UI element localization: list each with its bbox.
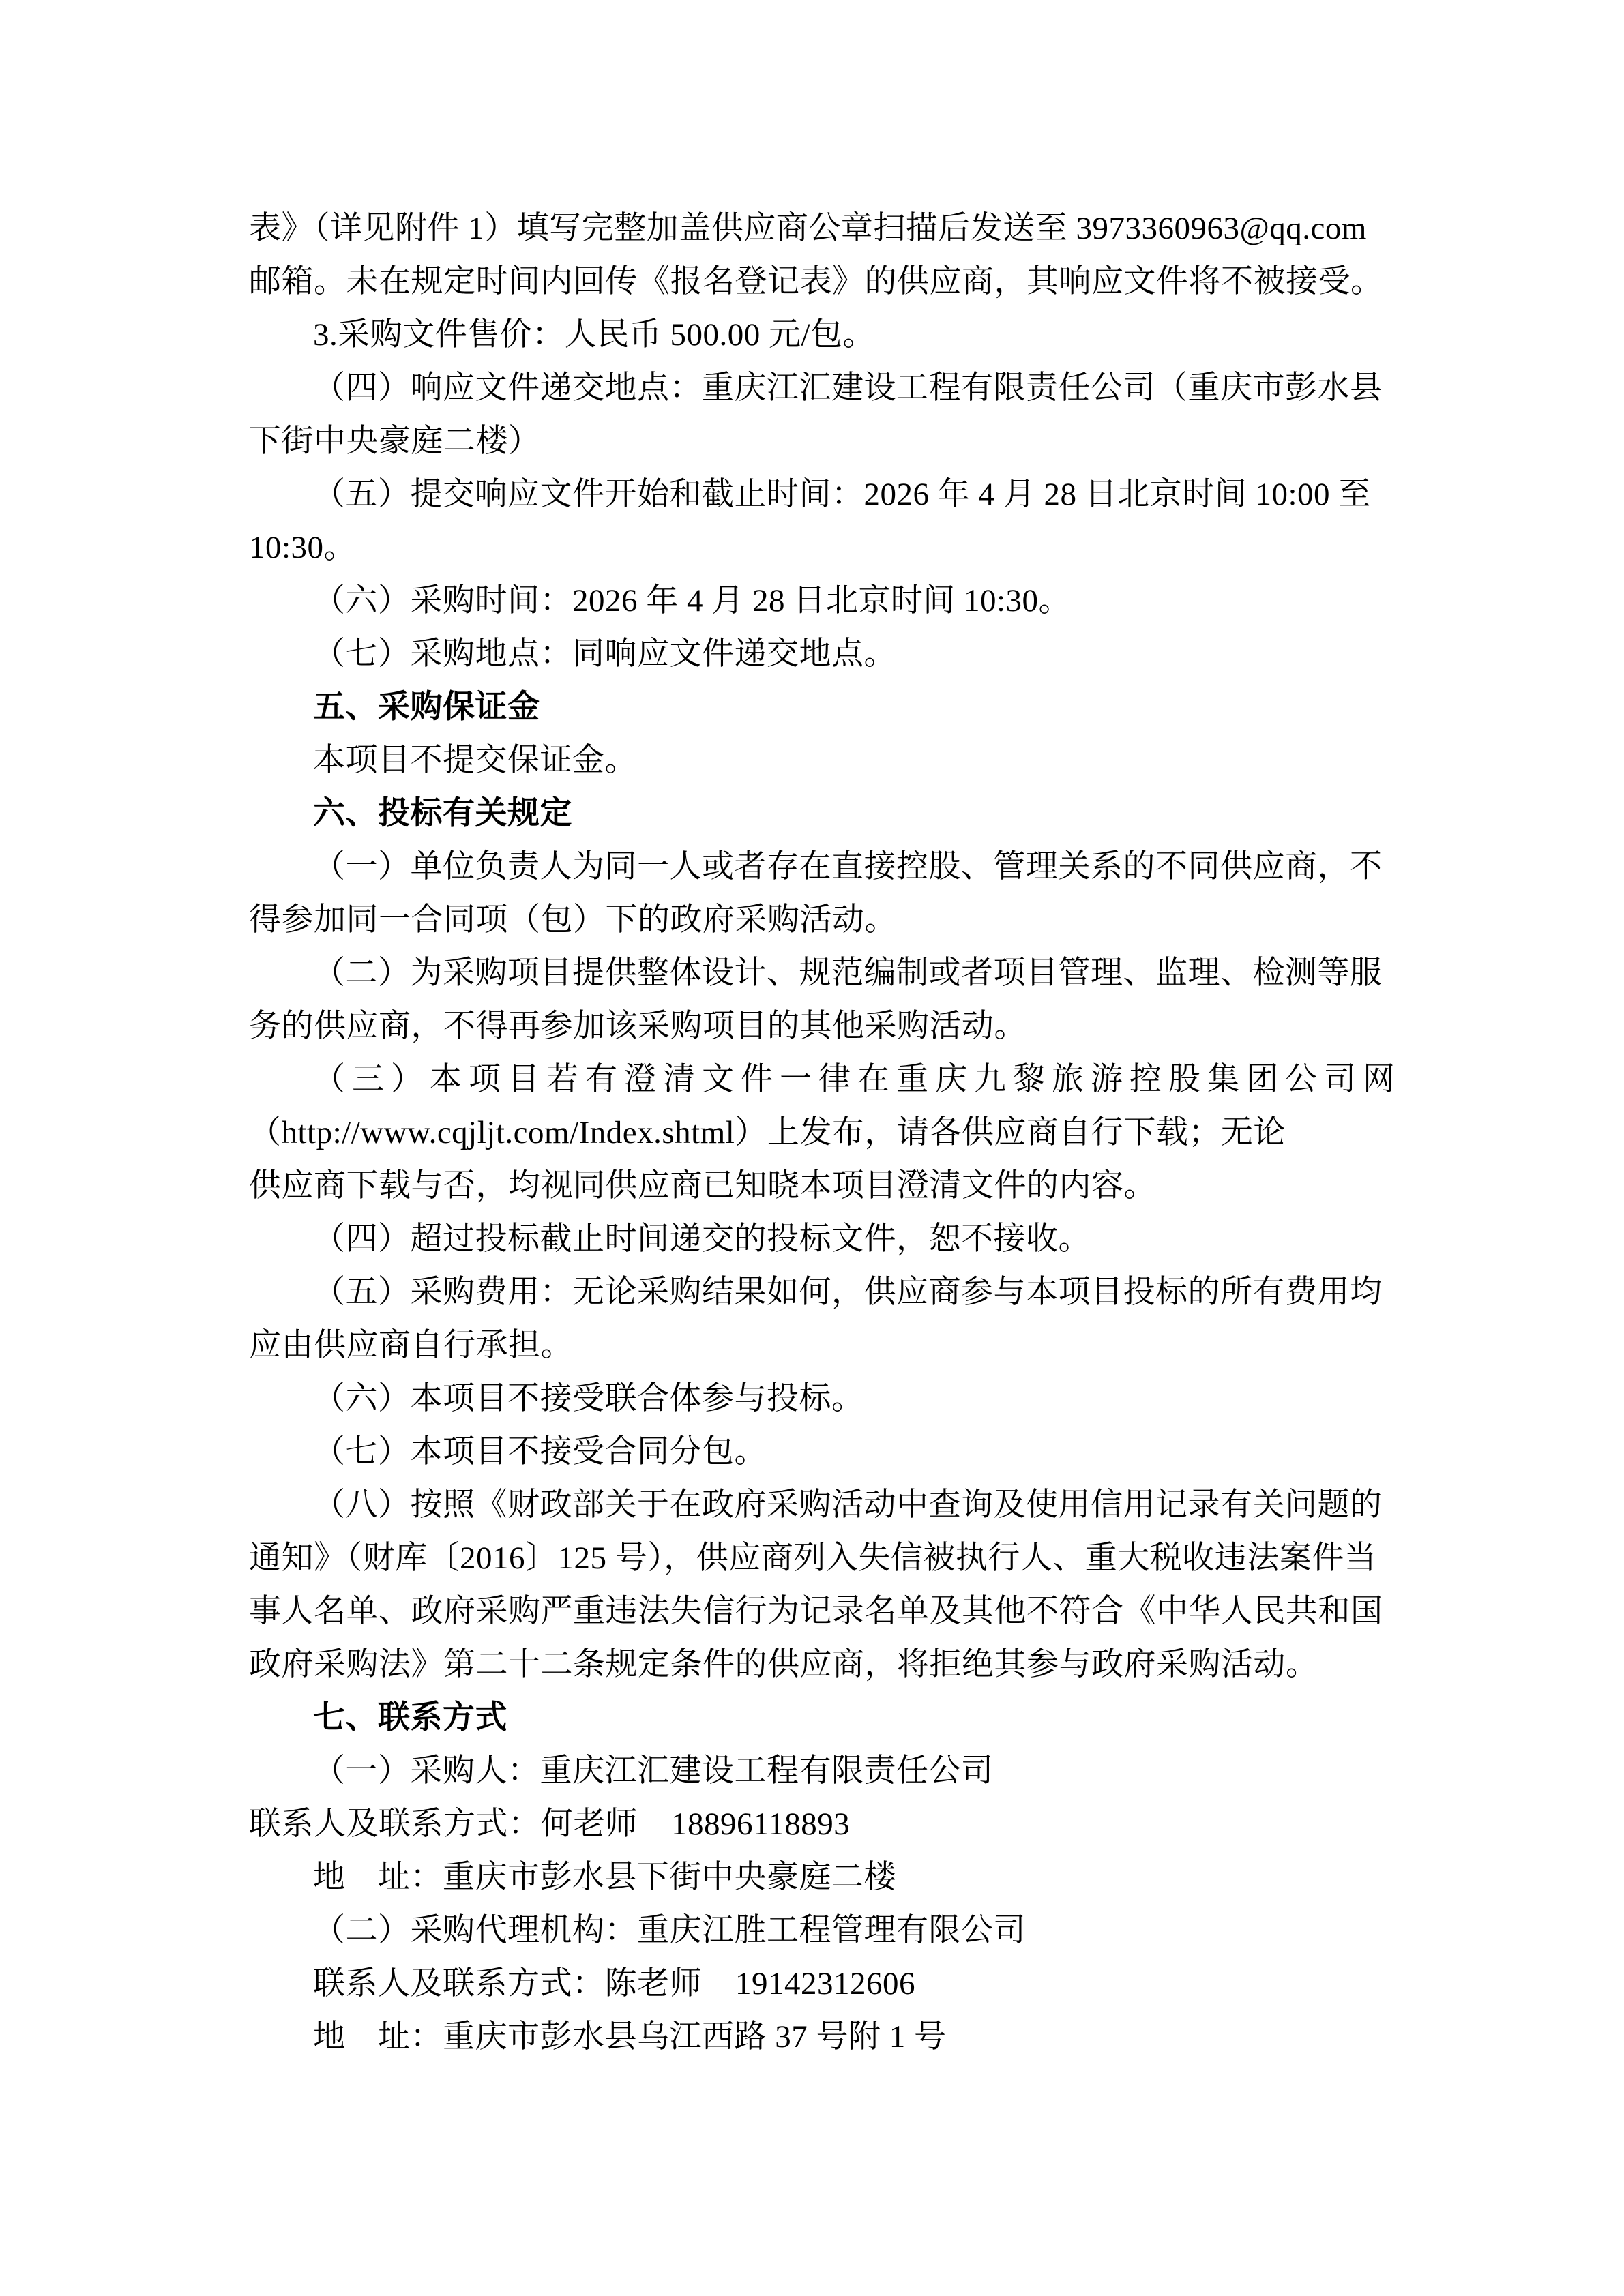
document-line: 政府采购法》第二十二条规定条件的供应商，将拒绝其参与政府采购活动。 [249, 1638, 1378, 1691]
document-line: 供应商下载与否，均视同供应商已知晓本项目澄清文件的内容。 [249, 1159, 1378, 1212]
document-body: 表》（详见附件 1）填写完整加盖供应商公章扫描后发送至 3973360963@q… [249, 202, 1378, 2063]
section-heading-bid-rules: 六、投标有关规定 [249, 787, 1378, 840]
document-line: （七）采购地点：同响应文件递交地点。 [249, 627, 1378, 681]
document-line: 地 址：重庆市彭水县下街中央豪庭二楼 [249, 1851, 1378, 1904]
document-line: （五）提交响应文件开始和截止时间：2026 年 4 月 28 日北京时间 10:… [249, 468, 1378, 521]
document-line: （三）本项目若有澄清文件一律在重庆九黎旅游控股集团公司网 [249, 1053, 1378, 1106]
document-line: （一）采购人：重庆江汇建设工程有限责任公司 [249, 1744, 1378, 1798]
section-heading-deposit: 五、采购保证金 [249, 681, 1378, 734]
document-line: （http://www.cqjljt.com/Index.shtml）上发布，请… [249, 1106, 1378, 1159]
document-line: 地 址：重庆市彭水县乌江西路 37 号附 1 号 [249, 2010, 1378, 2063]
document-line: （一）单位负责人为同一人或者存在直接控股、管理关系的不同供应商，不 [249, 840, 1378, 893]
document-line: 表》（详见附件 1）填写完整加盖供应商公章扫描后发送至 3973360963@q… [249, 202, 1378, 255]
document-line: （八）按照《财政部关于在政府采购活动中查询及使用信用记录有关问题的 [249, 1478, 1378, 1532]
document-line: （四）超过投标截止时间递交的投标文件，恕不接收。 [249, 1212, 1378, 1266]
document-line: （二）为采购项目提供整体设计、规范编制或者项目管理、监理、检测等服 [249, 946, 1378, 1000]
document-line: 10:30。 [249, 521, 1378, 574]
document-line: （五）采购费用：无论采购结果如何，供应商参与本项目投标的所有费用均 [249, 1266, 1378, 1319]
document-line: （六）本项目不接受联合体参与投标。 [249, 1372, 1378, 1425]
document-line: 邮箱。未在规定时间内回传《报名登记表》的供应商，其响应文件将不被接受。 [249, 255, 1378, 308]
document-line: 得参加同一合同项（包）下的政府采购活动。 [249, 893, 1378, 946]
document-line: 联系人及联系方式：何老师 18896118893 [249, 1798, 1378, 1851]
document-line: 下街中央豪庭二楼） [249, 415, 1378, 468]
document-line: 本项目不提交保证金。 [249, 734, 1378, 787]
document-line: 通知》（财库〔2016〕125 号），供应商列入失信被执行人、重大税收违法案件当 [249, 1532, 1378, 1585]
document-line: 联系人及联系方式：陈老师 19142312606 [249, 1957, 1378, 2010]
document-page: 表》（详见附件 1）填写完整加盖供应商公章扫描后发送至 3973360963@q… [0, 0, 1624, 2296]
document-line: （六）采购时间：2026 年 4 月 28 日北京时间 10:30。 [249, 574, 1378, 627]
document-line: 事人名单、政府采购严重违法失信行为记录名单及其他不符合《中华人民共和国 [249, 1585, 1378, 1638]
section-heading-contact: 七、联系方式 [249, 1691, 1378, 1744]
document-line: （二）采购代理机构：重庆江胜工程管理有限公司 [249, 1904, 1378, 1957]
document-line: （四）响应文件递交地点：重庆江汇建设工程有限责任公司（重庆市彭水县 [249, 361, 1378, 415]
document-line: 3.采购文件售价：人民币 500.00 元/包。 [249, 308, 1378, 361]
document-line: 应由供应商自行承担。 [249, 1319, 1378, 1372]
document-line: 务的供应商，不得再参加该采购项目的其他采购活动。 [249, 1000, 1378, 1053]
document-line: （七）本项目不接受合同分包。 [249, 1425, 1378, 1478]
